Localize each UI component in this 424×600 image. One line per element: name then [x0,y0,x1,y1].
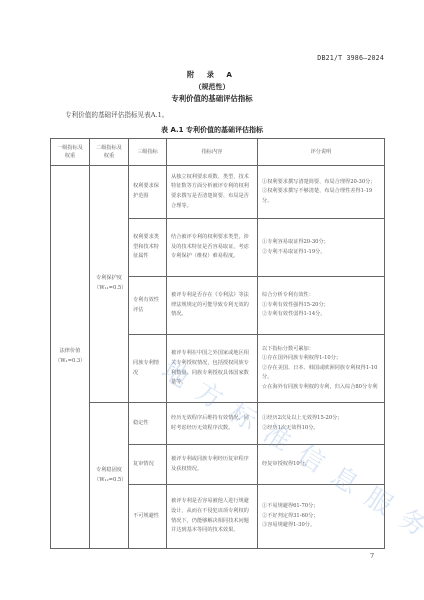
scoring-cell: 综合分析专利有效性： ①专利有效性强得15-20分； ②专利有效性弱得1-14分… [258,277,385,335]
scoring-line: ①权利要求撰写清楚简要、布局合理得20-30分； [262,178,380,188]
level2-weight: （W₁₂=0.5） [94,476,124,486]
scoring-cell: 以下指标分数可累加： ①存在国外同族专利权得1-10分； ②存在美国、日本、韩国… [258,335,385,403]
scoring-line: ③容易规避得1-30分。 [262,521,380,531]
appendix-type: （规范性） [0,82,424,92]
scoring-cell: 经复审授权得10分。 [258,445,385,485]
level1-cell: 法律价值 （W₁=0.3） [51,166,90,549]
content-cell: 结合被评专利的权利要求类型，涉及的技术特征是否容易取证，考虑专利保护（维权）难易… [167,219,258,277]
content-cell: 被评专利或同族专利经历复审程序及获权情况。 [167,445,258,485]
header-content: 指标内容 [167,139,258,166]
scoring-line: ①不易规避得61-70分； [262,502,380,512]
level2-cell-stability: 专利稳固度 （W₁₂=0.5） [90,403,129,549]
table-header-row: 一级指标及权重 二级指标及权重 三级指标 指标内容 评分说明 [51,139,385,166]
header-scoring: 评分说明 [258,139,385,166]
indicator-cell: 权利要求类型和技术特征属性 [129,219,167,277]
appendix-title: 专利价值的基础评估指标 [0,93,424,104]
indicator-cell: 稳定性 [129,403,167,445]
indicator-cell: 复审情况 [129,445,167,485]
scoring-line: ②经历1次无效得10分。 [262,424,380,434]
indicator-cell: 不可规避性 [129,485,167,549]
level2-name: 专利保护度 [94,274,124,284]
scoring-line: ①专利有效性强得15-20分； [262,301,380,311]
indicator-cell: 权利要求保护范围 [129,166,167,219]
scoring-line: ☆在海外有同族专利权的专利，归入综合80分专利 [262,383,380,393]
header-level2: 二级指标及权重 [90,139,129,166]
scoring-line: ②专利不易取证得1-19分。 [262,248,380,258]
content-cell: 被评专利是否存在《专利法》等法律法规规定的可能导致专利无效的情况。 [167,277,258,335]
table-row: 专利稳固度 （W₁₂=0.5） 稳定性 经历无效程序后维持有效情况，同时考虑经历… [51,403,385,445]
scoring-cell: ①不易规避得61-70分； ②不好判定得31-60分； ③容易规避得1-30分。 [258,485,385,549]
header-level3: 三级指标 [129,139,167,166]
level1-weight: （W₁=0.3） [55,357,85,367]
level2-name: 专利稳固度 [94,466,124,476]
scoring-line: ②专利有效性弱得1-14分。 [262,310,380,320]
intro-paragraph: 专利价值的基础评估指标见表A.1。 [65,109,168,119]
scoring-cell: ①经历2次及以上无效得15-20分； ②经历1次无效得10分。 [258,403,385,445]
scoring-line: 以下指标分数可累加： [262,345,380,355]
scoring-line: ①经历2次及以上无效得15-20分； [262,414,380,424]
content-cell: 经历无效程序后维持有效情况，同时考虑经历无效程序次数。 [167,403,258,445]
table-caption: 表 A.1 专利价值的基础评估指标 [0,125,424,135]
standard-code: DB21/T 3986—2024 [317,54,384,62]
content-cell: 被评专利是否容易被他人进行规避设计，从而在不侵犯该项专利权的情况下，仍能够解决相… [167,485,258,549]
content-cell: 被评专利在中国之外国家或地区相关专利授权情况，包括授权同族专利数量、同族专利授权… [167,335,258,403]
scoring-cell: ①权利要求撰写清楚简要、布局合理得20-30分； ②权利要求撰写不够清楚、布局合… [258,166,385,219]
scoring-line: ②不好判定得31-60分； [262,512,380,522]
table-row: 法律价值 （W₁=0.3） 专利保护度 （W₁₁=0.5） 权利要求保护范围 从… [51,166,385,219]
header-level1: 一级指标及权重 [51,139,90,166]
evaluation-indicator-table: 一级指标及权重 二级指标及权重 三级指标 指标内容 评分说明 法律价值 （W₁=… [50,138,385,549]
level2-weight: （W₁₁=0.5） [94,284,124,294]
scoring-line: 经复审授权得10分。 [262,460,380,470]
scoring-line: ①专利容易取证得20-30分； [262,238,380,248]
level2-cell-protection: 专利保护度 （W₁₁=0.5） [90,166,129,403]
level1-name: 法律价值 [55,347,85,357]
scoring-cell: ①专利容易取证得20-30分； ②专利不易取证得1-19分。 [258,219,385,277]
appendix-label: 附 录 A [0,70,424,80]
scoring-line: ①存在国外同族专利权得1-10分； [262,354,380,364]
indicator-cell: 同族专利情况 [129,335,167,403]
page-number: 7 [370,552,374,560]
content-cell: 从独立权利要求项数、类型、技术特征数等方面分析被评专利的权利要求撰写是否清楚简要… [167,166,258,219]
scoring-line: ②权利要求撰写不够清楚、布局合理性差得1-19分。 [262,187,380,206]
indicator-cell: 专利有效性评估 [129,277,167,335]
scoring-line: 综合分析专利有效性： [262,291,380,301]
scoring-line: ②存在美国、日本、韩国或欧洲同族专利权得1-10分。 [262,364,380,383]
